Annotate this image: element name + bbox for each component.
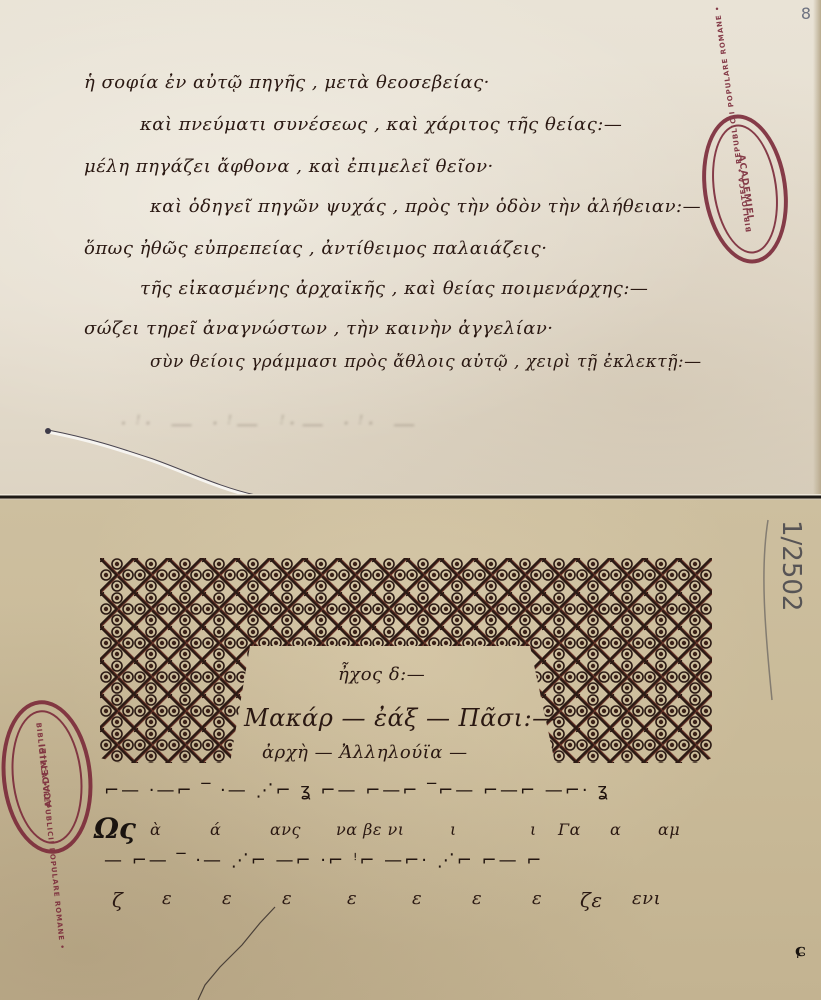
- syllable: ενι: [632, 888, 661, 909]
- syllable: ά: [210, 820, 221, 839]
- syllable: ὰ: [150, 820, 161, 839]
- syllable: να βε νι: [336, 820, 405, 839]
- syllable: ε: [162, 888, 172, 909]
- syllable: ε: [532, 888, 542, 909]
- syllable: Γα: [558, 820, 581, 839]
- title-line: Μακάρ — ἐάξ — Πᾶσι:—: [244, 704, 557, 732]
- subtitle-line: ἀρχὴ — Ἀλληλούϊα —: [262, 742, 468, 763]
- syllable: ζ: [112, 888, 123, 912]
- lattice-headpiece-ornament: [100, 558, 712, 768]
- neume-line-1: ⌐— ·—⌐ ‾ ·— ⋰⌐ ʓ ⌐— ⌐—⌐ ‾⌐— ⌐—⌐ —⌐· ʓ: [104, 780, 610, 801]
- neume-line-2: — ⌐— ‾ ·— ⋰⌐ —⌐ ·⌐ ꜝ⌐ —⌐· ⋰⌐ ⌐— ⌐: [104, 850, 543, 871]
- paper-crack: [180, 905, 310, 1000]
- syllable: ε: [412, 888, 422, 909]
- syllable: ι: [530, 820, 537, 839]
- syllable: ζε: [580, 888, 603, 912]
- binding-string: [0, 0, 821, 500]
- syllable: α: [610, 820, 621, 839]
- initial-letter: Ως: [94, 812, 136, 845]
- syllable: αμ: [658, 820, 680, 839]
- mode-heading: ἦχος δ:—: [338, 664, 425, 685]
- lyric-line-1: ὰ ά ανς να βε νι ι ι Γα α αμ: [150, 820, 710, 844]
- syllable: ανς: [270, 820, 301, 839]
- syllable: ε: [347, 888, 357, 909]
- corner-signature-mark: ɕ: [795, 940, 806, 961]
- pencil-stroke: [720, 510, 820, 710]
- manuscript-photo: 8 ἡ σοφία ἐν αὐτῷ πηγῆς , μετὰ θεοσεβεία…: [0, 0, 821, 1000]
- upper-leaf: 8 ἡ σοφία ἐν αὐτῷ πηγῆς , μετὰ θεοσεβεία…: [0, 0, 821, 497]
- syllable: ι: [450, 820, 457, 839]
- syllable: ε: [472, 888, 482, 909]
